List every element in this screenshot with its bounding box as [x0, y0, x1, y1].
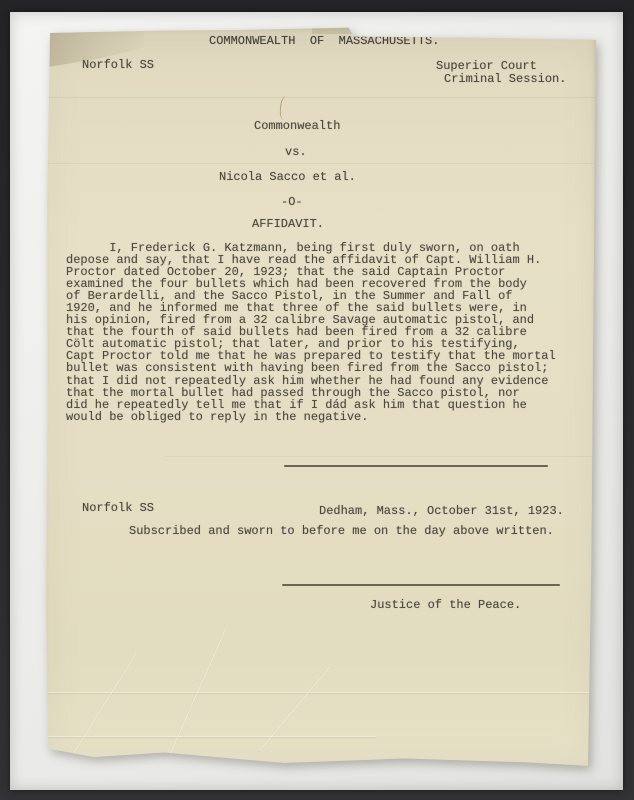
signer-title: Justice of the Peace.	[370, 599, 521, 612]
closing-place-date: Dedham, Mass., October 31st, 1923.	[319, 505, 564, 518]
tape-residue-top	[312, 25, 467, 34]
signature-line-deponent	[284, 465, 548, 467]
county-venue-label: Norfolk SS	[82, 59, 154, 72]
document-title: AFFIDAVIT.	[252, 218, 324, 231]
caption-versus: vs.	[285, 146, 307, 159]
body-line: did he repeatedly tell me that if I dád …	[66, 399, 571, 411]
paper-crease	[44, 736, 376, 737]
body-line: bullet was consistent with having been f…	[66, 362, 571, 374]
paper-shadow: COMMONWEALTH OF MASSACHUSETTS. Norfolk S…	[10, 12, 623, 790]
paper-crease	[72, 653, 136, 755]
paper-crease	[164, 630, 226, 767]
attestation-line: Subscribed and sworn to before me on the…	[129, 525, 554, 538]
closing-county-label: Norfolk SS	[82, 502, 154, 515]
rust-mark	[279, 96, 291, 121]
caption-plaintiff: Commonwealth	[254, 120, 340, 133]
paper-crease	[44, 692, 598, 693]
paper-crease	[44, 97, 598, 98]
signature-line-justice	[282, 584, 560, 586]
paper-crease	[259, 667, 330, 752]
body-line: that I did not repeatedly ask him whethe…	[66, 375, 571, 387]
caption-separator: -O-	[281, 196, 303, 209]
court-session: Criminal Session.	[444, 73, 566, 86]
paper-crease	[164, 456, 598, 457]
body-line: that the mortal bullet had passed throug…	[66, 387, 571, 399]
scan-mat: COMMONWEALTH OF MASSACHUSETTS. Norfolk S…	[10, 12, 623, 790]
affidavit-page: COMMONWEALTH OF MASSACHUSETTS. Norfolk S…	[44, 24, 598, 772]
body-line: would be obliged to reply in the negativ…	[66, 411, 571, 423]
paper-crease	[44, 163, 598, 164]
document-header-title: COMMONWEALTH OF MASSACHUSETTS.	[209, 35, 439, 48]
affidavit-body: I, Frederick G. Katzmann, being first du…	[66, 242, 571, 423]
caption-defendant: Nicola Sacco et al.	[219, 171, 356, 184]
